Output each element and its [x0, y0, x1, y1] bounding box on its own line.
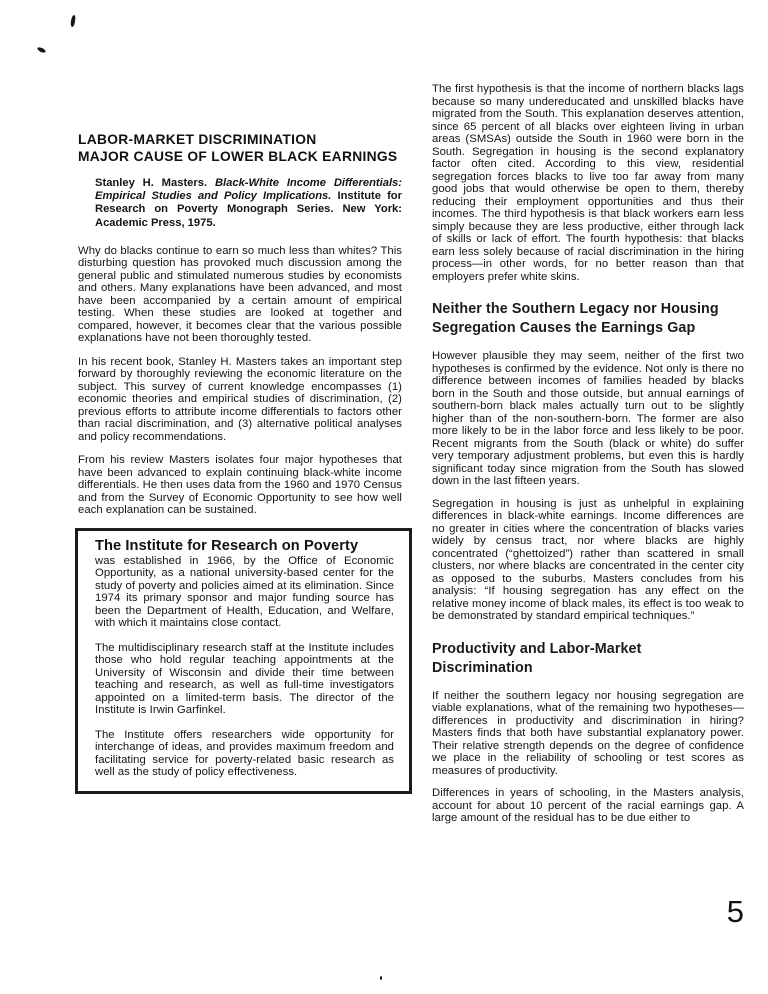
institute-box-heading: The Institute for Research on Poverty [95, 538, 394, 554]
section-heading-productivity: Productivity and Labor-Market Discrimina… [432, 640, 744, 678]
article-title-line-2: MAJOR CAUSE OF LOWER BLACK EARNINGS [78, 148, 402, 165]
body-paragraph: From his review Masters isolates four ma… [78, 454, 402, 517]
page-number: 5 [432, 894, 744, 930]
body-paragraph: Why do blacks continue to earn so much l… [78, 245, 402, 345]
institute-box-paragraph: The Institute offers researchers wide op… [95, 729, 394, 779]
ink-mark [37, 46, 47, 53]
article-title: LABOR-MARKET DISCRIMINATION MAJOR CAUSE … [78, 131, 402, 165]
book-citation: Stanley H. Masters. Black-White Income D… [95, 177, 402, 230]
article-title-line-1: LABOR-MARKET DISCRIMINATION [78, 131, 402, 148]
institute-box-paragraph: was established in 1966, by the Office o… [95, 555, 394, 630]
ink-mark [70, 15, 76, 27]
institute-box-paragraph: The multidisciplinary research staff at … [95, 642, 394, 717]
body-paragraph: In his recent book, Stanley H. Masters t… [78, 356, 402, 444]
section-heading-southern-legacy: Neither the Southern Legacy nor Housing … [432, 300, 744, 338]
body-paragraph: However plausible they may seem, neither… [432, 350, 744, 488]
ink-mark [380, 976, 382, 980]
left-column: LABOR-MARKET DISCRIMINATION MAJOR CAUSE … [78, 131, 402, 794]
body-paragraph: The first hypothesis is that the income … [432, 83, 744, 283]
body-paragraph: Segregation in housing is just as unhelp… [432, 498, 744, 623]
body-paragraph: If neither the southern legacy nor housi… [432, 690, 744, 778]
citation-author: Stanley H. Masters. [95, 177, 215, 189]
body-paragraph: Differences in years of schooling, in th… [432, 787, 744, 825]
right-column: The first hypothesis is that the income … [432, 83, 744, 835]
scanned-document-page: LABOR-MARKET DISCRIMINATION MAJOR CAUSE … [0, 0, 768, 994]
institute-box: The Institute for Research on Poverty wa… [75, 528, 412, 794]
